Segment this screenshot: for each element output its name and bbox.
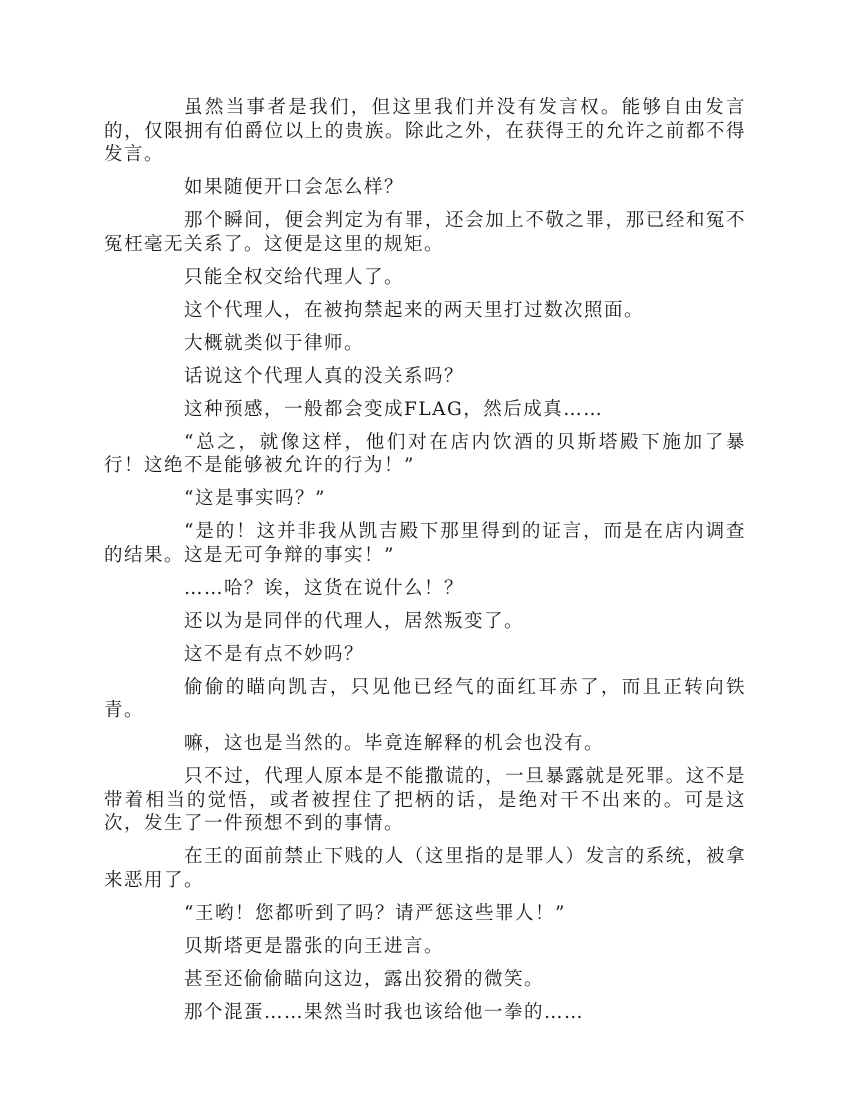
paragraph: “王哟！您都听到了吗？请严惩这些罪人！” [104, 902, 746, 926]
paragraph: 还以为是同伴的代理人，居然叛变了。 [104, 610, 746, 634]
paragraph: 这不是有点不妙吗？ [104, 643, 746, 667]
paragraph: 如果随便开口会怎么样？ [104, 176, 746, 200]
paragraph: “是的！这并非我从凯吉殿下那里得到的证言，而是在店内调查的结果。这是无可争辩的事… [104, 520, 746, 567]
paragraph: “总之，就像这样，他们对在店内饮酒的贝斯塔殿下施加了暴行！这绝不是能够被允许的行… [104, 431, 746, 478]
paragraph: ……哈？诶，这货在说什么！？ [104, 577, 746, 601]
paragraph: 虽然当事者是我们，但这里我们并没有发言权。能够自由发言的，仅限拥有伯爵位以上的贵… [104, 96, 746, 167]
paragraph: 只不过，代理人原本是不能撒谎的，一旦暴露就是死罪。这不是带着相当的觉悟，或者被捏… [104, 765, 746, 836]
document-page: 虽然当事者是我们，但这里我们并没有发言权。能够自由发言的，仅限拥有伯爵位以上的贵… [104, 96, 746, 1034]
paragraph: 在王的面前禁止下贱的人（这里指的是罪人）发言的系统，被拿来恶用了。 [104, 845, 746, 892]
paragraph: 只能全权交给代理人了。 [104, 266, 746, 290]
paragraph: 偷偷的瞄向凯吉，只见他已经气的面红耳赤了，而且正转向铁青。 [104, 676, 746, 723]
paragraph: 那个瞬间，便会判定为有罪，还会加上不敬之罪，那已经和冤不冤枉毫无关系了。这便是这… [104, 209, 746, 256]
paragraph: 大概就类似于律师。 [104, 332, 746, 356]
paragraph: 甚至还偷偷瞄向这边，露出狡猾的微笑。 [104, 968, 746, 992]
paragraph: 那个混蛋……果然当时我也该给他一拳的…… [104, 1001, 746, 1025]
paragraph: 嘛，这也是当然的。毕竟连解释的机会也没有。 [104, 732, 746, 756]
paragraph: 这种预感，一般都会变成FLAG，然后成真…… [104, 398, 746, 422]
paragraph: 贝斯塔更是嚣张的向王进言。 [104, 935, 746, 959]
paragraph: 话说这个代理人真的没关系吗？ [104, 365, 746, 389]
paragraph: 这个代理人，在被拘禁起来的两天里打过数次照面。 [104, 299, 746, 323]
paragraph: “这是事实吗？” [104, 487, 746, 511]
